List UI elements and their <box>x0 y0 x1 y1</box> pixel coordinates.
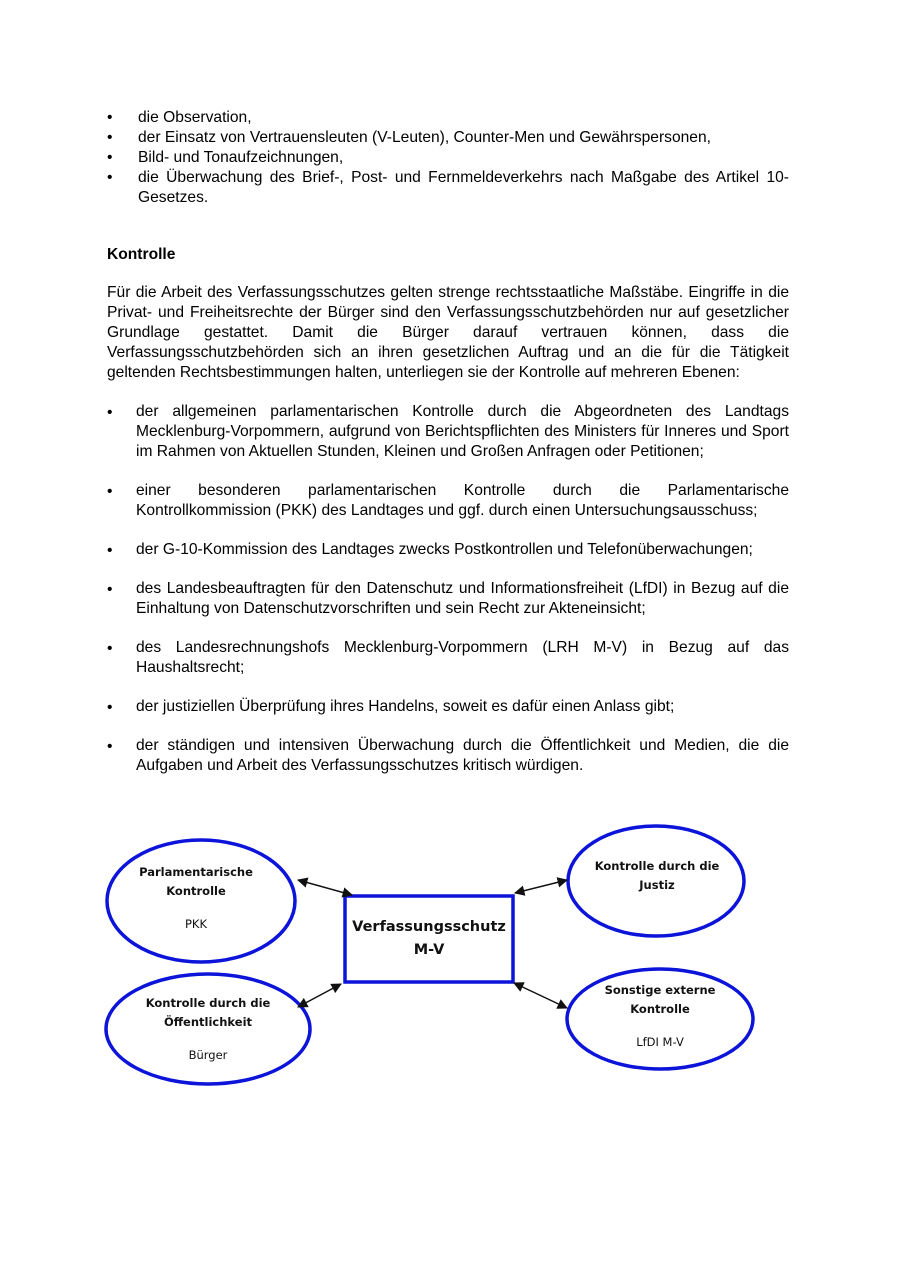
document-page: •die Observation, •der Einsatz von Vertr… <box>107 108 789 795</box>
bullet-icon: • <box>107 168 117 188</box>
center-title: Verfassungsschutz <box>352 916 506 939</box>
node-justice: Kontrolle durch die Justiz <box>577 857 737 895</box>
center-box-shape <box>345 896 513 982</box>
center-box-label: Verfassungsschutz M-V <box>345 896 513 982</box>
node-justice-shape <box>568 826 744 936</box>
node-public-shape <box>106 974 310 1084</box>
list-item: •der Einsatz von Vertrauensleuten (V-Leu… <box>107 128 789 148</box>
section-paragraph: Für die Arbeit des Verfassungsschutzes g… <box>107 283 789 383</box>
bullet-icon: • <box>107 482 117 502</box>
node-external-shape <box>567 969 753 1069</box>
arrow-public <box>298 984 341 1007</box>
list-item: •die Observation, <box>107 108 789 128</box>
bullet-icon: • <box>107 737 117 757</box>
node-parliament: Parlamentarische Kontrolle PKK <box>121 863 271 934</box>
node-public: Kontrolle durch die Öffentlichkeit Bürge… <box>128 994 288 1065</box>
control-levels-list: •der allgemeinen parlamentarischen Kontr… <box>107 402 789 776</box>
list-item: •der ständigen und intensiven Überwachun… <box>107 736 789 776</box>
node-title: Parlamentarische <box>121 863 271 882</box>
bullet-icon: • <box>107 639 117 659</box>
list-item: •der allgemeinen parlamentarischen Kontr… <box>107 402 789 462</box>
node-sub: PKK <box>121 915 271 934</box>
center-subtitle: M-V <box>414 939 445 962</box>
bullet-icon: • <box>107 698 117 718</box>
node-parliament-shape <box>107 840 295 962</box>
bullet-icon: • <box>107 580 117 600</box>
bullet-icon: • <box>107 128 117 148</box>
bullet-icon: • <box>107 148 117 168</box>
list-item: •des Landesbeauftragten für den Datensch… <box>107 579 789 619</box>
node-title: Kontrolle <box>580 1000 740 1019</box>
node-sub: Bürger <box>128 1046 288 1065</box>
section-heading: Kontrolle <box>107 245 789 265</box>
bullet-icon: • <box>107 403 117 423</box>
list-item: •der G-10-Kommission des Landtages zweck… <box>107 540 789 560</box>
list-item: •einer besonderen parlamentarischen Kont… <box>107 481 789 521</box>
observation-methods-list: •die Observation, •der Einsatz von Vertr… <box>107 108 789 208</box>
node-title: Sonstige externe <box>580 981 740 1000</box>
node-title: Kontrolle durch die <box>577 857 737 876</box>
bullet-icon: • <box>107 541 117 561</box>
arrow-external <box>514 983 567 1008</box>
bullet-icon: • <box>107 108 117 128</box>
node-sub: LfDI M-V <box>580 1033 740 1052</box>
list-item: •des Landesrechnungshofs Mecklenburg-Vor… <box>107 638 789 678</box>
arrow-justice <box>515 880 567 893</box>
node-title: Justiz <box>577 876 737 895</box>
node-title: Kontrolle durch die <box>128 994 288 1013</box>
node-title: Kontrolle <box>121 882 271 901</box>
node-external: Sonstige externe Kontrolle LfDI M-V <box>580 981 740 1052</box>
arrow-parliament <box>298 880 352 895</box>
node-title: Öffentlichkeit <box>128 1013 288 1032</box>
list-item: •der justiziellen Überprüfung ihres Hand… <box>107 697 789 717</box>
list-item: •Bild- und Tonaufzeichnungen, <box>107 148 789 168</box>
list-item: •die Überwachung des Brief-, Post- und F… <box>107 168 789 208</box>
